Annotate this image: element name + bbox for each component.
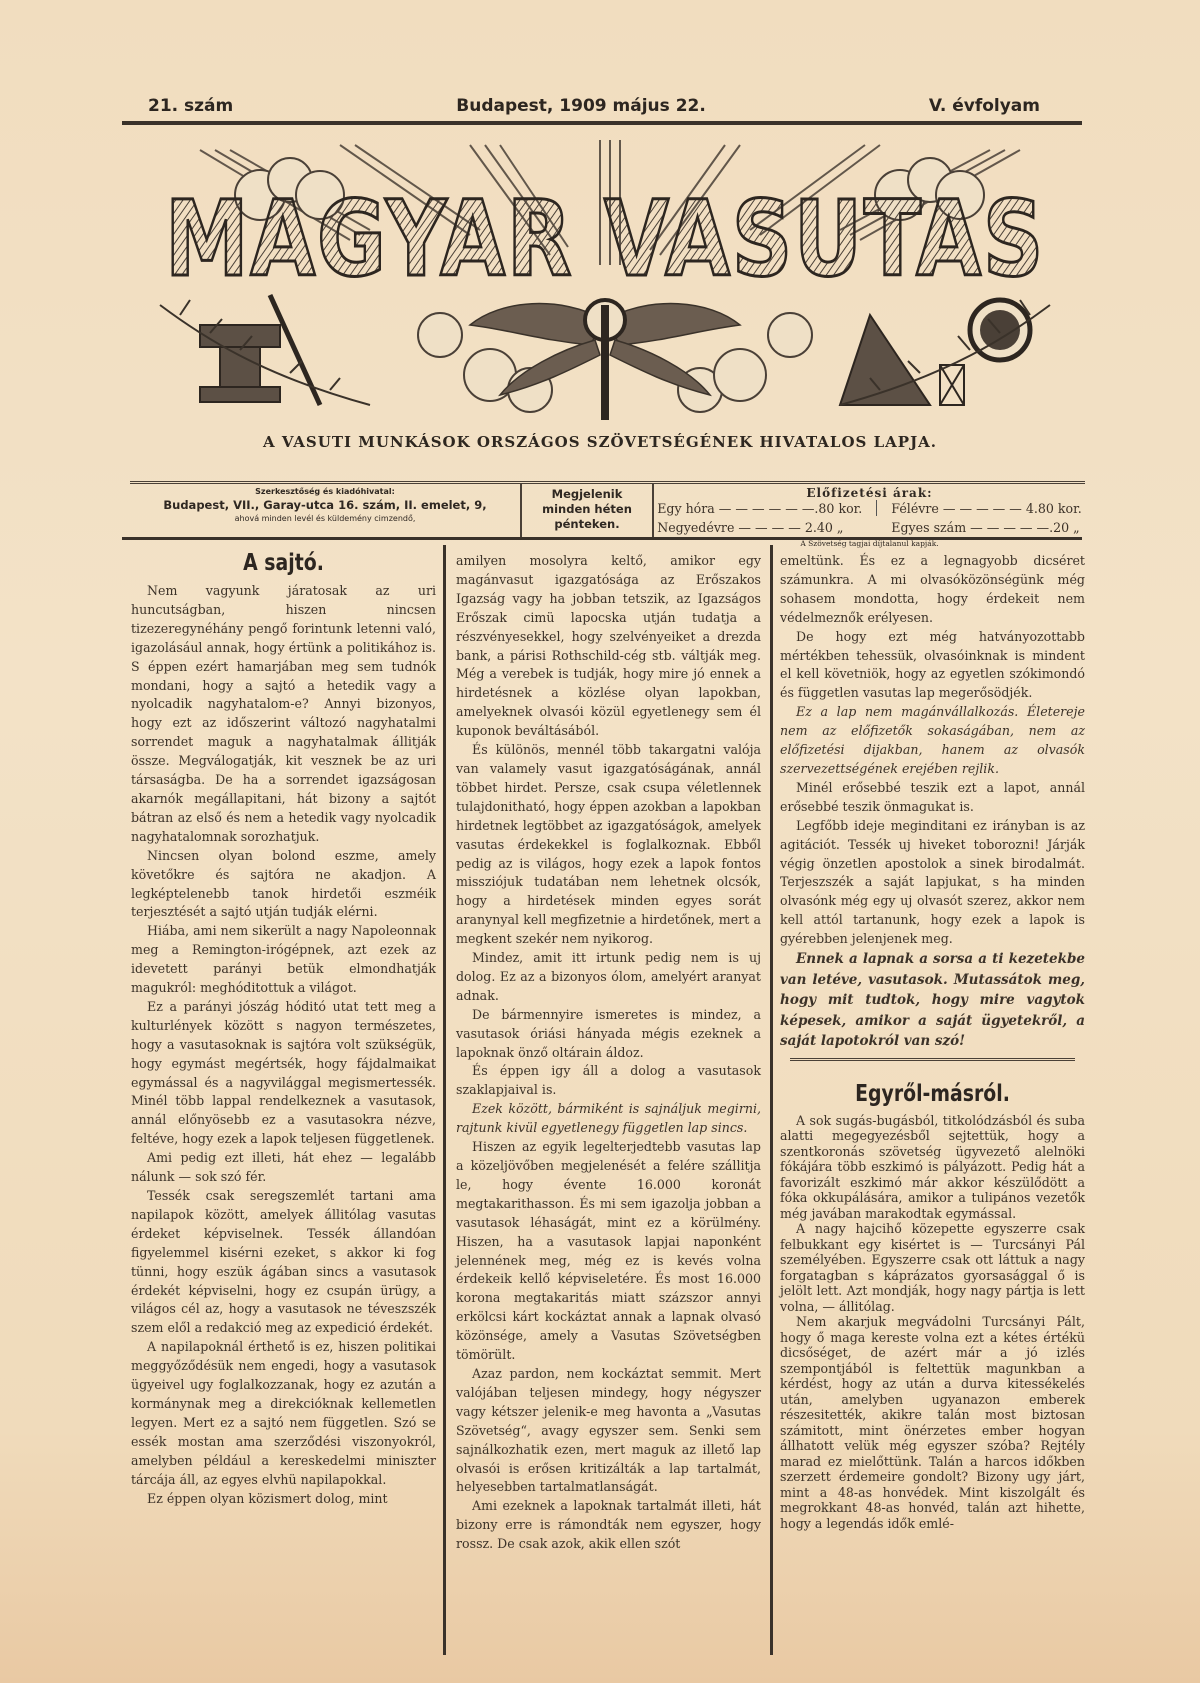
- railway-signal-icon: [840, 300, 1030, 405]
- paragraph: A nagy hajcihő közepette egyszerre csak …: [780, 1221, 1085, 1314]
- column-divider: [770, 545, 773, 1655]
- price-label: Egyes szám — — — —: [891, 520, 1032, 535]
- price-label: Negyedévre — — — —: [657, 520, 801, 535]
- paragraph: Mindez, amit itt irtunk pedig nem is uj …: [456, 949, 761, 1006]
- paragraph: Ezek között, bármiként is sajnáljuk megi…: [456, 1100, 761, 1138]
- price-value: —.20 „: [1037, 520, 1080, 535]
- subscription-prices: Előfizetési árak: Egy hóra — — — — — —.8…: [654, 484, 1085, 537]
- office-note: ahová minden levél és küldemény cimzendő…: [130, 514, 520, 523]
- newspaper-page: 21. szám Budapest, 1909 május 22. V. évf…: [0, 0, 1200, 1683]
- article-title: Egyről-másról.: [807, 1079, 1057, 1109]
- prices-note: A Szövetség tagjai díjtalanul kapják.: [654, 539, 1085, 548]
- column-2: amilyen mosolyra keltő, amikor egy magán…: [456, 552, 761, 1554]
- paragraph: Hiába, ami nem sikerült a nagy Napoleonn…: [131, 922, 436, 998]
- price-value: 2.40 „: [805, 520, 844, 535]
- paragraph: Tessék csak seregszemlét tartani ama nap…: [131, 1187, 436, 1338]
- paragraph: amilyen mosolyra keltő, amikor egy magán…: [456, 552, 761, 741]
- paragraph: Nem vagyunk járatosak az uri huncutságba…: [131, 582, 436, 847]
- office-address: Budapest, VII., Garay-utca 16. szám, II.…: [130, 498, 520, 512]
- info-box: Szerkesztőség és kiadóhivatal: Budapest,…: [130, 481, 1085, 537]
- paragraph: És éppen igy áll a dolog a vasutasok sza…: [456, 1062, 761, 1100]
- issue-number: 21. szám: [148, 96, 233, 116]
- price-label: Félévre — — — — —: [891, 501, 1022, 516]
- publish-line-2: minden héten: [522, 502, 652, 517]
- publish-line-3: pénteken.: [522, 517, 652, 532]
- paragraph: És különös, mennél több takargatni valój…: [456, 741, 761, 949]
- body-top-rule: [122, 537, 1082, 540]
- masthead-title: MAGYAR VASUTAS: [165, 178, 1045, 300]
- masthead-subtitle: A VASUTI MUNKÁSOK ORSZÁGOS SZÖVETSÉGÉNEK…: [0, 433, 1200, 451]
- paragraph: De hogy ezt még hatványozottabb mértékbe…: [780, 628, 1085, 704]
- paragraph: Hiszen az egyik legelterjedtebb vasutas …: [456, 1138, 761, 1365]
- paragraph: A napilapoknál érthető is ez, hiszen pol…: [131, 1338, 436, 1489]
- publish-line-1: Megjelenik: [522, 487, 652, 502]
- masthead-logo: MAGYAR VASUTAS: [140, 135, 1070, 420]
- paragraph: Nincsen olyan bolond eszme, amely követő…: [131, 847, 436, 923]
- prices-table: Egy hóra — — — — — —.80 kor. Negyedévre …: [654, 500, 1085, 538]
- closing-appeal: Ennek a lapnak a sorsa a ti kezetekbe va…: [780, 949, 1085, 1052]
- paragraph: Ami ezeknek a lapoknak tartalmát illeti,…: [456, 1497, 761, 1554]
- paragraph: emeltünk. És ez a legnagyobb dicséret sz…: [780, 552, 1085, 628]
- paragraph: Legfőbb ideje meginditani ez irányban is…: [780, 817, 1085, 949]
- volume: V. évfolyam: [929, 96, 1040, 116]
- prices-title: Előfizetési árak:: [654, 486, 1085, 500]
- paragraph: De bármennyire ismeretes is mindez, a va…: [456, 1006, 761, 1063]
- paragraph: Ez a parányi jószág hóditó utat tett meg…: [131, 998, 436, 1149]
- price-divider: [876, 500, 877, 516]
- office-label: Szerkesztőség és kiadóhivatal:: [130, 487, 520, 496]
- paragraph: Nem akarjuk megvádolni Turcsányi Pált, h…: [780, 1314, 1085, 1531]
- editorial-office: Szerkesztőség és kiadóhivatal: Budapest,…: [130, 484, 522, 537]
- header-line: 21. szám Budapest, 1909 május 22. V. évf…: [148, 96, 1040, 116]
- masthead-illustration-icon: MAGYAR VASUTAS: [140, 135, 1070, 420]
- price-label: Egy hóra — — — — —: [657, 501, 798, 516]
- column-3: emeltünk. És ez a legnagyobb dicséret sz…: [780, 552, 1085, 1531]
- column-divider: [443, 545, 446, 1655]
- paragraph: Azaz pardon, nem kockáztat semmit. Mert …: [456, 1365, 761, 1497]
- price-value: —.80 kor.: [802, 501, 862, 516]
- publication-schedule: Megjelenik minden héten pénteken.: [522, 484, 654, 537]
- paragraph: Ez éppen olyan közismert dolog, mint: [131, 1490, 436, 1509]
- dateline: Budapest, 1909 május 22.: [456, 96, 706, 116]
- price-value: 4.80 kor.: [1026, 501, 1082, 516]
- header-rule: [122, 121, 1082, 125]
- paragraph: Ez a lap nem magánvállalkozás. Életereje…: [780, 703, 1085, 779]
- paragraph: Ami pedig ezt illeti, hát ehez — legaláb…: [131, 1149, 436, 1187]
- paragraph: A sok sugás-bugásból, titkolódzásból és …: [780, 1113, 1085, 1222]
- anvil-tools-icon: [200, 295, 320, 405]
- column-1: A sajtó. Nem vagyunk járatosak az uri hu…: [131, 548, 436, 1508]
- section-divider: [790, 1058, 1075, 1065]
- article-title: A sajtó.: [158, 548, 408, 578]
- paragraph: Minél erősebbé teszik ezt a lapot, annál…: [780, 779, 1085, 817]
